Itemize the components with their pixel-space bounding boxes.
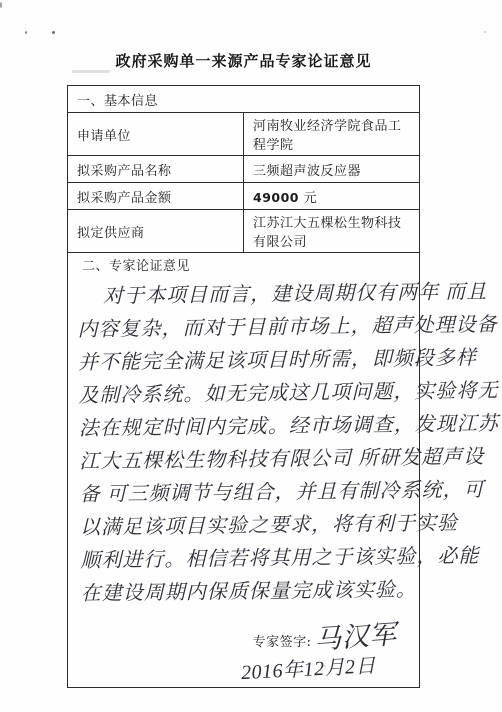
table-row: 拟采购产品金额 49000 元 [68, 183, 420, 210]
procurement-form-table: 一、基本信息 申请单位 河南牧业经济学院食品工程学院 拟采购产品名称 三频超声波… [67, 85, 420, 688]
handwritten-line: 对于本项目而言，建设周期仅有两年 而且 [77, 277, 410, 314]
section-header-row: 一、基本信息 [68, 86, 420, 113]
field-label-supplier: 拟定供应商 [68, 210, 244, 253]
handwritten-line: 备 可三频调节与组合，并且有制冷系统，可 [79, 475, 412, 512]
scanned-document-page: 政府采购单一来源产品专家论证意见 一、基本信息 申请单位 河南牧业经济学院食品工… [0, 0, 502, 712]
expert-opinion-cell: 二、专家论证意见 对于本项目而言，建设周期仅有两年 而且 内容复杂，而对于目前市… [68, 253, 420, 688]
handwritten-line: 法在规定时间内完成。经市场调查，发现江苏 [79, 409, 412, 446]
amount-number: 49000 [253, 190, 299, 205]
amount-unit: 元 [304, 191, 318, 206]
table-row: 申请单位 河南牧业经济学院食品工程学院 [68, 113, 420, 156]
field-value-amount: 49000 元 [244, 183, 420, 210]
handwritten-line: 顺利进行。相信若将其用之于该实验，必能 [80, 541, 413, 578]
table-row: 拟定供应商 江苏江大五棵松生物科技有限公司 [68, 210, 420, 253]
handwritten-line: 以满足该项目实验之要求，将有利于实验 [80, 508, 413, 545]
handwritten-opinion: 对于本项目而言，建设周期仅有两年 而且 内容复杂，而对于目前市场上，超声处理设备… [77, 277, 414, 611]
scan-artifact-smudge [72, 70, 110, 73]
scan-artifact-speck [52, 31, 55, 34]
scan-artifact-speck [323, 665, 326, 667]
handwritten-line: 在建设周期内保质保量完成该实验。 [81, 574, 414, 611]
field-value-applicant: 河南牧业经济学院食品工程学院 [244, 113, 420, 156]
basic-info-section-header: 一、基本信息 [68, 86, 420, 113]
scan-artifact-speck [0, 2, 2, 8]
signature-label: 专家签字: [253, 631, 312, 650]
signature-date: 2016年12月2日 [76, 647, 410, 693]
field-label-applicant: 申请单位 [68, 113, 244, 156]
field-value-supplier: 江苏江大五棵松生物科技有限公司 [244, 210, 420, 253]
opinion-row: 二、专家论证意见 对于本项目而言，建设周期仅有两年 而且 内容复杂，而对于目前市… [68, 253, 420, 688]
document-title: 政府采购单一来源产品专家论证意见 [67, 50, 420, 71]
handwritten-line: 江大五棵松生物科技有限公司 所研发超声设 [79, 442, 412, 479]
table-row: 拟采购产品名称 三频超声波反应器 [68, 156, 420, 183]
handwritten-line: 及制冷系统。如无完成这几项问题，实验将无 [78, 376, 411, 413]
field-value-product-name: 三频超声波反应器 [244, 156, 420, 183]
expert-opinion-section-header: 二、专家论证意见 [77, 255, 410, 274]
scan-artifact-speck [25, 31, 27, 34]
scan-artifact-speck [484, 31, 486, 33]
handwritten-line: 并不能完全满足该项目时所需，即频段多样 [78, 343, 411, 380]
signature-row: 专家签字: 马汉军 [77, 615, 410, 654]
field-label-product-name: 拟采购产品名称 [68, 156, 244, 183]
field-label-amount: 拟采购产品金额 [68, 183, 244, 210]
handwritten-line: 内容复杂，而对于目前市场上，超声处理设备 [77, 310, 410, 347]
